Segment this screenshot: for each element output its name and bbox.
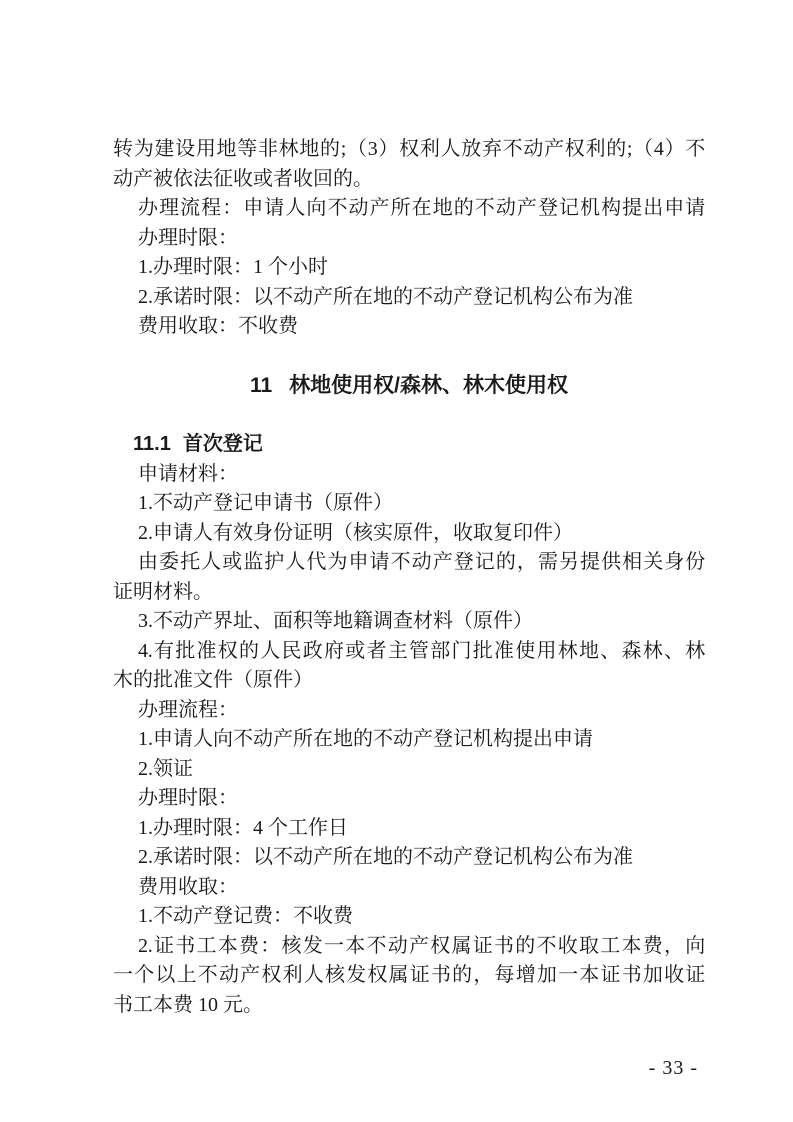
text-line: 3.不动产界址、面积等地籍调查材料（原件） [113, 607, 705, 637]
text-line: 1.不动产登记申请书（原件） [113, 489, 705, 519]
text-line: 办理时限： [113, 224, 705, 254]
text-line: 申请材料： [113, 460, 705, 490]
text-line: 2.承诺时限：以不动产所在地的不动产登记机构公布为准 [113, 283, 705, 313]
page-number: - 33 - [649, 1057, 698, 1080]
text-line: 书工本费 10 元。 [113, 991, 705, 1021]
text-line: 2.申请人有效身份证明（核实原件，收取复印件） [113, 519, 705, 549]
text-line: 木的批准文件（原件） [113, 666, 705, 696]
text-line: 2.证书工本费：核发一本不动产权属证书的不收取工本费，向 [113, 932, 705, 962]
body-paragraphs: 申请材料：1.不动产登记申请书（原件）2.申请人有效身份证明（核实原件，收取复印… [113, 460, 705, 1021]
text-line: 1.申请人向不动产所在地的不动产登记机构提出申请 [113, 725, 705, 755]
text-line: 4.有批准权的人民政府或者主管部门批准使用林地、森林、林 [113, 637, 705, 667]
text-line: 费用收取：不收费 [113, 312, 705, 342]
text-line: 2.承诺时限：以不动产所在地的不动产登记机构公布为准 [113, 843, 705, 873]
text-line: 1.办理时限：1 个小时 [113, 253, 705, 283]
text-line: 证明材料。 [113, 578, 705, 608]
text-line: 办理流程：申请人向不动产所在地的不动产登记机构提出申请 [113, 194, 705, 224]
document-page: 转为建设用地等非林地的;（3）权利人放弃不动产权利的;（4）不动产被依法征收或者… [0, 0, 793, 1122]
section-title: 首次登记 [183, 433, 263, 455]
chapter-title: 林地使用权/森林、林木使用权 [289, 374, 568, 397]
intro-paragraphs: 转为建设用地等非林地的;（3）权利人放弃不动产权利的;（4）不动产被依法征收或者… [113, 135, 705, 342]
page-content: 转为建设用地等非林地的;（3）权利人放弃不动产权利的;（4）不动产被依法征收或者… [113, 135, 705, 1020]
text-line: 由委托人或监护人代为申请不动产登记的，需另提供相关身份 [113, 548, 705, 578]
section-heading: 11.1首次登记 [113, 430, 705, 460]
section-number: 11.1 [133, 433, 171, 455]
text-line: 费用收取： [113, 873, 705, 903]
text-line: 2.领证 [113, 755, 705, 785]
text-line: 办理时限： [113, 784, 705, 814]
text-line: 办理流程： [113, 696, 705, 726]
chapter-number: 11 [250, 374, 272, 397]
text-line: 1.办理时限：4 个工作日 [113, 814, 705, 844]
text-line: 动产被依法征收或者收回的。 [113, 165, 705, 195]
chapter-heading: 11林地使用权/森林、林木使用权 [113, 371, 705, 401]
text-line: 一个以上不动产权利人核发权属证书的，每增加一本证书加收证 [113, 961, 705, 991]
text-line: 转为建设用地等非林地的;（3）权利人放弃不动产权利的;（4）不 [113, 135, 705, 165]
text-line: 1.不动产登记费：不收费 [113, 902, 705, 932]
